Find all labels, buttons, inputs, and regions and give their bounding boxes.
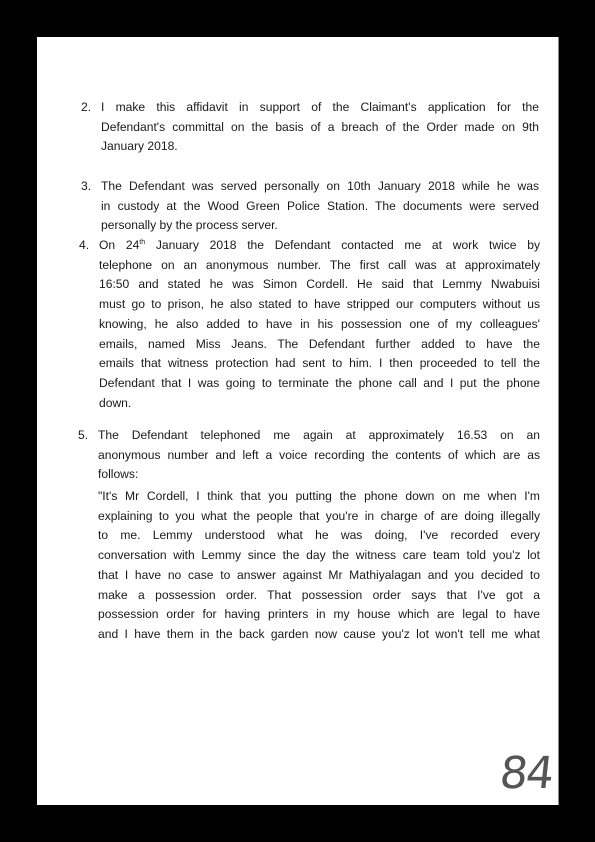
paragraph-text: January 2018 the Defendant contacted me … xyxy=(145,238,540,252)
paragraph-line: anonymous number and left a voice record… xyxy=(98,446,540,466)
paragraph-line: down. xyxy=(99,394,540,414)
quote-line: to me. Lemmy understood what he was doin… xyxy=(98,526,540,546)
paragraph-line: Defendant that I was going to terminate … xyxy=(99,374,540,394)
paragraph-line: emails that witness protection had sent … xyxy=(99,354,540,374)
paragraph-line: 16:50 and stated he was Simon Cordell. H… xyxy=(99,275,540,295)
paragraph-4: 4. On 24th January 2018 the Defendant co… xyxy=(99,236,540,413)
quote-line: conversation with Lemmy since the day th… xyxy=(98,546,540,566)
paragraph-5: 5. The Defendant telephoned me again at … xyxy=(98,426,540,485)
voice-recording-quote: "It's Mr Cordell, I think that you putti… xyxy=(98,487,540,645)
paragraph-line: in custody at the Wood Green Police Stat… xyxy=(101,197,539,217)
paragraph-number: 2. xyxy=(81,98,91,118)
paragraph-line: emails, named Miss Jeans. The Defendant … xyxy=(99,335,540,355)
paragraph-line: January 2018. xyxy=(101,137,539,157)
paragraph-line: telephone on an anonymous number. The fi… xyxy=(99,256,540,276)
paragraph-line: knowing, he also added to have in his po… xyxy=(99,315,540,335)
quote-line: explaining to you what the people that y… xyxy=(98,507,540,527)
paragraph-line: On 24th January 2018 the Defendant conta… xyxy=(99,236,540,256)
paragraph-line: personally by the process server. xyxy=(101,216,539,236)
quote-line: possession order for having printers in … xyxy=(98,605,540,625)
paragraph-line: The Defendant telephoned me again at app… xyxy=(98,426,540,446)
paragraph-line: must go to prison, he also stated to hav… xyxy=(99,295,540,315)
paragraph-text: On 24 xyxy=(99,238,139,252)
quote-line: make a possession order. That possession… xyxy=(98,586,540,606)
paragraph-line: I make this affidavit in support of the … xyxy=(101,98,539,118)
paragraph-number: 4. xyxy=(79,236,89,256)
paragraph-line: Defendant's committal on the basis of a … xyxy=(101,118,539,138)
quote-line: "It's Mr Cordell, I think that you putti… xyxy=(98,487,540,507)
paragraph-line: follows: xyxy=(98,465,540,485)
paragraph-line: The Defendant was served personally on 1… xyxy=(101,177,539,197)
paragraph-number: 3. xyxy=(81,177,91,197)
paragraph-number: 5. xyxy=(78,426,88,446)
paragraph-3: 3. The Defendant was served personally o… xyxy=(101,177,539,236)
quote-line: that I have no case to answer against Mr… xyxy=(98,566,540,586)
document-page: 2. I make this affidavit in support of t… xyxy=(37,37,559,805)
quote-line: and I have them in the back garden now c… xyxy=(98,625,540,645)
paragraph-2: 2. I make this affidavit in support of t… xyxy=(101,98,539,157)
handwritten-page-number: 84 xyxy=(497,748,554,799)
